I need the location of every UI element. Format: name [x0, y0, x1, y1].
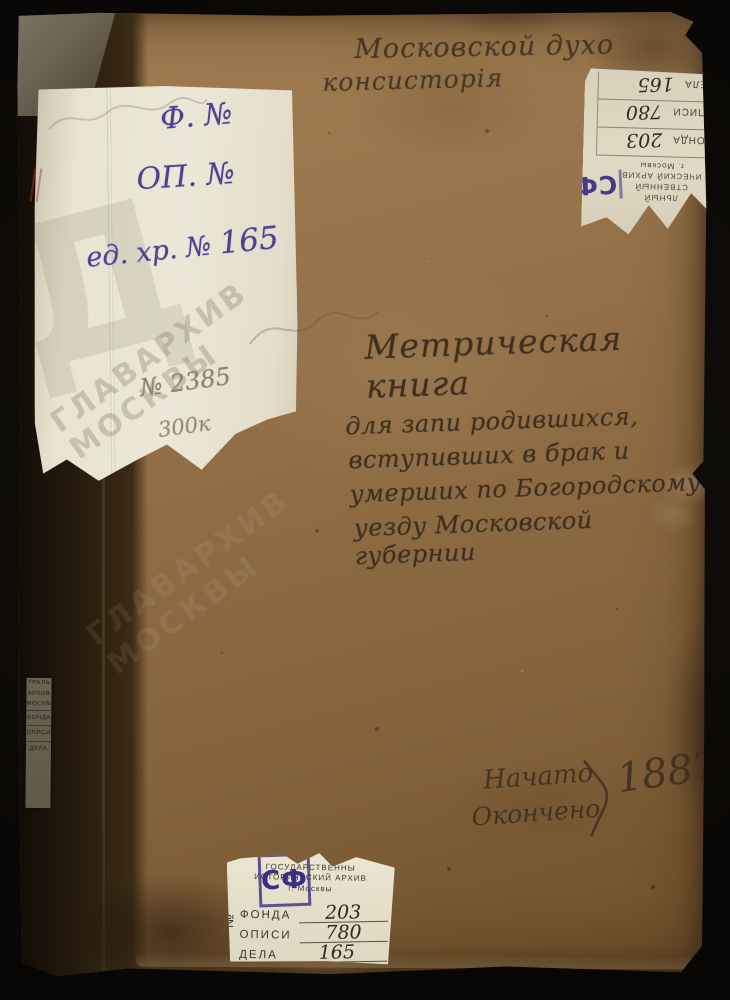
fond-row: ФОНДА 203	[240, 902, 388, 924]
dates-block: Начато Окончено 1887 г.	[468, 749, 724, 856]
archive-label-top-right: СФ ЛЬНЫЙ СТВЕННЫЙ ИЧЕСКИЙ АРХИВ г. Москв…	[581, 68, 725, 237]
fond-row: ФОНДА 203	[597, 128, 716, 159]
row-value: 203	[299, 904, 388, 924]
row-label: ДЕЛА	[684, 74, 717, 97]
label-rows: ФОНДА 203 ОПИСИ 780 ДЕЛА 165	[596, 72, 717, 159]
cover-speckles	[16, 10, 18, 12]
delo-row: ДЕЛА 165	[239, 942, 387, 964]
spine-label-line: ОПИСИ	[26, 725, 51, 741]
title-line-1: Метрическая книга	[364, 316, 715, 406]
delo-row: ДЕЛА 165	[598, 72, 717, 103]
row-value: 203	[626, 128, 663, 151]
sf-stamp-bottom: СФ	[258, 853, 312, 908]
archive-label-bottom: ГОСУДАРСТВЕННЫ ИСТОРИЧЕСКИЙ АРХИВ г. Мос…	[225, 852, 395, 965]
label-printed-header: ЛЬНЫЙ СТВЕННЫЙ ИЧЕСКИЙ АРХИВ г. Москвы	[606, 158, 717, 204]
title-line-3: вступивших в брак и	[348, 434, 717, 475]
archive-label-top-left: Д ГЛАВАРХИВ МОСКВЫ Ф. № ОП. № ед. хр. № …	[31, 84, 300, 481]
number-sign-vertical: №	[221, 914, 236, 928]
fond-number-line: Ф. №	[159, 96, 234, 137]
opis-number-line: ОП. №	[136, 156, 236, 197]
book-cover: ГЛАВАРХИВ МОСКВЫ Московской духо консист…	[16, 10, 716, 980]
spine-label-line: ТРАЛЬ	[26, 678, 51, 689]
pencil-price-note: 300к	[157, 411, 212, 442]
title-line-4: умерших по Богородскому	[349, 468, 718, 509]
top-inscription-line2: консисторія	[322, 63, 504, 97]
year-number: 1887	[614, 742, 721, 802]
row-label: ОПИСИ	[239, 929, 291, 942]
row-value: 165	[286, 943, 388, 963]
row-label: ДЕЛА	[239, 949, 278, 962]
row-label: ФОНДА	[672, 130, 716, 153]
label-rows: ФОНДА 203 ОПИСИ 780 ДЕЛА 165	[239, 902, 388, 965]
bottom-edge-wear	[136, 951, 696, 970]
spine-label-line: АРХИВ	[26, 688, 51, 699]
spine-archive-label: ТРАЛЬ АРХИВ МОСКВЫ ФОНДА ОПИСИ ДЕЛА	[25, 678, 51, 808]
row-label: ОПИСИ	[672, 102, 716, 125]
photo-backdrop: ГЛАВАРХИВ МОСКВЫ Московской духо консист…	[0, 0, 730, 1000]
top-inscription-line1: Московской духо	[354, 29, 614, 65]
finished-label: Окончено	[471, 794, 602, 832]
opis-row: ОПИСИ 780	[598, 100, 717, 131]
year-value: 1887 г.	[614, 739, 730, 803]
started-label: Начато	[482, 758, 594, 796]
spine-label-line: МОСКВЫ	[26, 699, 51, 710]
row-label: ФОНДА	[240, 909, 292, 922]
book-title-block: Метрическая книга для запи родившихся, в…	[342, 316, 720, 571]
opis-row: ОПИСИ 780	[239, 922, 387, 944]
spine-label-line: ДЕЛА	[26, 741, 51, 757]
storage-unit-label: ед. хр. №	[85, 230, 213, 273]
row-value: 165	[638, 73, 675, 96]
spine-label-line: ФОНДА	[26, 710, 51, 726]
title-line-5: уезду Московской губернии	[353, 502, 720, 571]
storage-unit-value: 165	[218, 220, 280, 262]
row-value: 780	[626, 100, 663, 123]
title-line-2: для запи родившихся,	[345, 400, 716, 441]
